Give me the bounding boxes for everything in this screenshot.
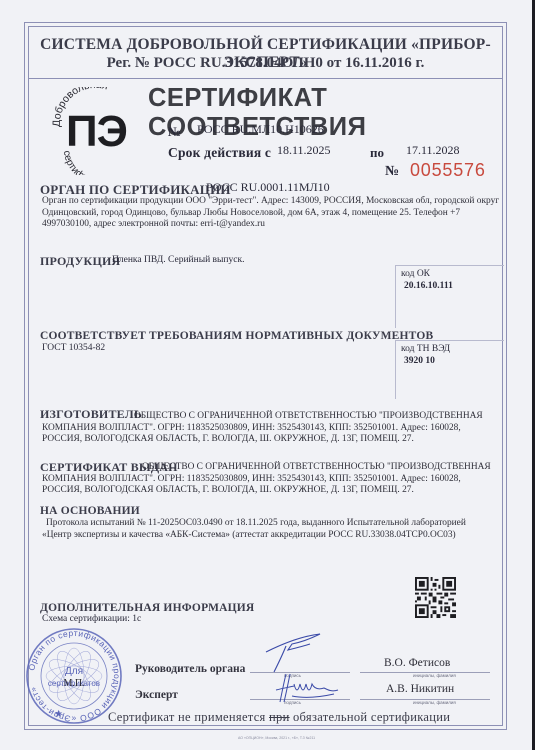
- expert-signature-icon: [272, 672, 342, 704]
- issued-to-details: ОБЩЕСТВО С ОГРАНИЧЕННОЙ ОТВЕТСТВЕННОСТЬЮ…: [42, 462, 502, 497]
- expert-name: А.В. Никитин: [386, 683, 454, 695]
- product-label: ПРОДУКЦИЯ: [40, 254, 120, 269]
- svg-text:М.П.: М.П.: [63, 678, 84, 689]
- validity-label: Срок действия с: [168, 145, 271, 161]
- basis-details: Протокола испытаний № 11-2025ОС03.0490 о…: [42, 518, 497, 541]
- manufacturer-details: ОБЩЕСТВО С ОГРАНИЧЕННОЙ ОТВЕТСТВЕННОСТЬЮ…: [42, 411, 502, 446]
- serial-number-label: №: [385, 164, 399, 180]
- organ-code: РОСС RU.0001.11МЛ10: [206, 180, 330, 195]
- svg-text:★: ★: [54, 709, 63, 720]
- head-name-caption: инициалы, фамилия: [413, 673, 456, 678]
- system-registration: Рег. № РОСС RU.31578.04ОЛН0 от 16.11.201…: [28, 54, 503, 72]
- head-of-body-label: Руководитель органа: [135, 663, 245, 675]
- valid-from: 18.11.2025: [277, 143, 331, 158]
- disclaimer-after: обязательной сертификации: [290, 710, 451, 724]
- tnved-code-box: код ТН ВЭД 3920 10: [395, 340, 504, 399]
- disclaimer-struck: при: [269, 710, 290, 724]
- complies-label: СООТВЕТСТВУЕТ ТРЕБОВАНИЯМ НОРМАТИВНЫХ ДО…: [40, 330, 433, 342]
- certificate-number-label: №: [168, 124, 181, 140]
- header-divider: [28, 78, 503, 79]
- head-name: В.О. Фетисов: [384, 657, 450, 669]
- svg-text:Для: Для: [65, 666, 83, 677]
- ok-code-label: код ОК: [401, 269, 430, 279]
- tnved-code-value: 3920 10: [404, 356, 435, 366]
- qr-code-icon[interactable]: [415, 577, 456, 618]
- product-text: Пленка ПВД. Серийный выпуск.: [112, 255, 244, 265]
- ok-code-box: код ОК 20.16.10.111: [395, 265, 504, 328]
- pe-logo: Добровольная сертификация ПЭ: [50, 87, 140, 175]
- organ-details: Орган по сертификации продукции ООО "Эрр…: [42, 196, 502, 231]
- valid-to-label: по: [370, 145, 384, 161]
- printer-footer: АО «ОПЦИОН», Москва, 2021 г., «Б», Т.З №…: [238, 736, 315, 740]
- certificate-number: РОСС RU.МЛ10.Н10626: [197, 122, 324, 137]
- tnved-code-label: код ТН ВЭД: [401, 344, 450, 354]
- disclaimer-before: Сертификат не применяется: [108, 710, 269, 724]
- basis-label: НА ОСНОВАНИИ: [40, 505, 140, 517]
- head-signature-icon: [262, 630, 322, 675]
- expert-name-caption: инициалы, фамилия: [413, 700, 456, 705]
- complies-standard: ГОСТ 10354-82: [42, 343, 105, 353]
- valid-to: 17.11.2028: [406, 143, 460, 158]
- serial-number: 0055576: [410, 160, 486, 181]
- additional-info-label: ДОПОЛНИТЕЛЬНАЯ ИНФОРМАЦИЯ: [40, 602, 254, 614]
- additional-info-text: Схема сертификации: 1с: [42, 614, 141, 624]
- ok-code-value: 20.16.10.111: [404, 281, 453, 291]
- disclaimer: Сертификат не применяется при обязательн…: [108, 710, 450, 725]
- expert-label: Эксперт: [135, 689, 178, 701]
- logo-mark: ПЭ: [66, 107, 127, 157]
